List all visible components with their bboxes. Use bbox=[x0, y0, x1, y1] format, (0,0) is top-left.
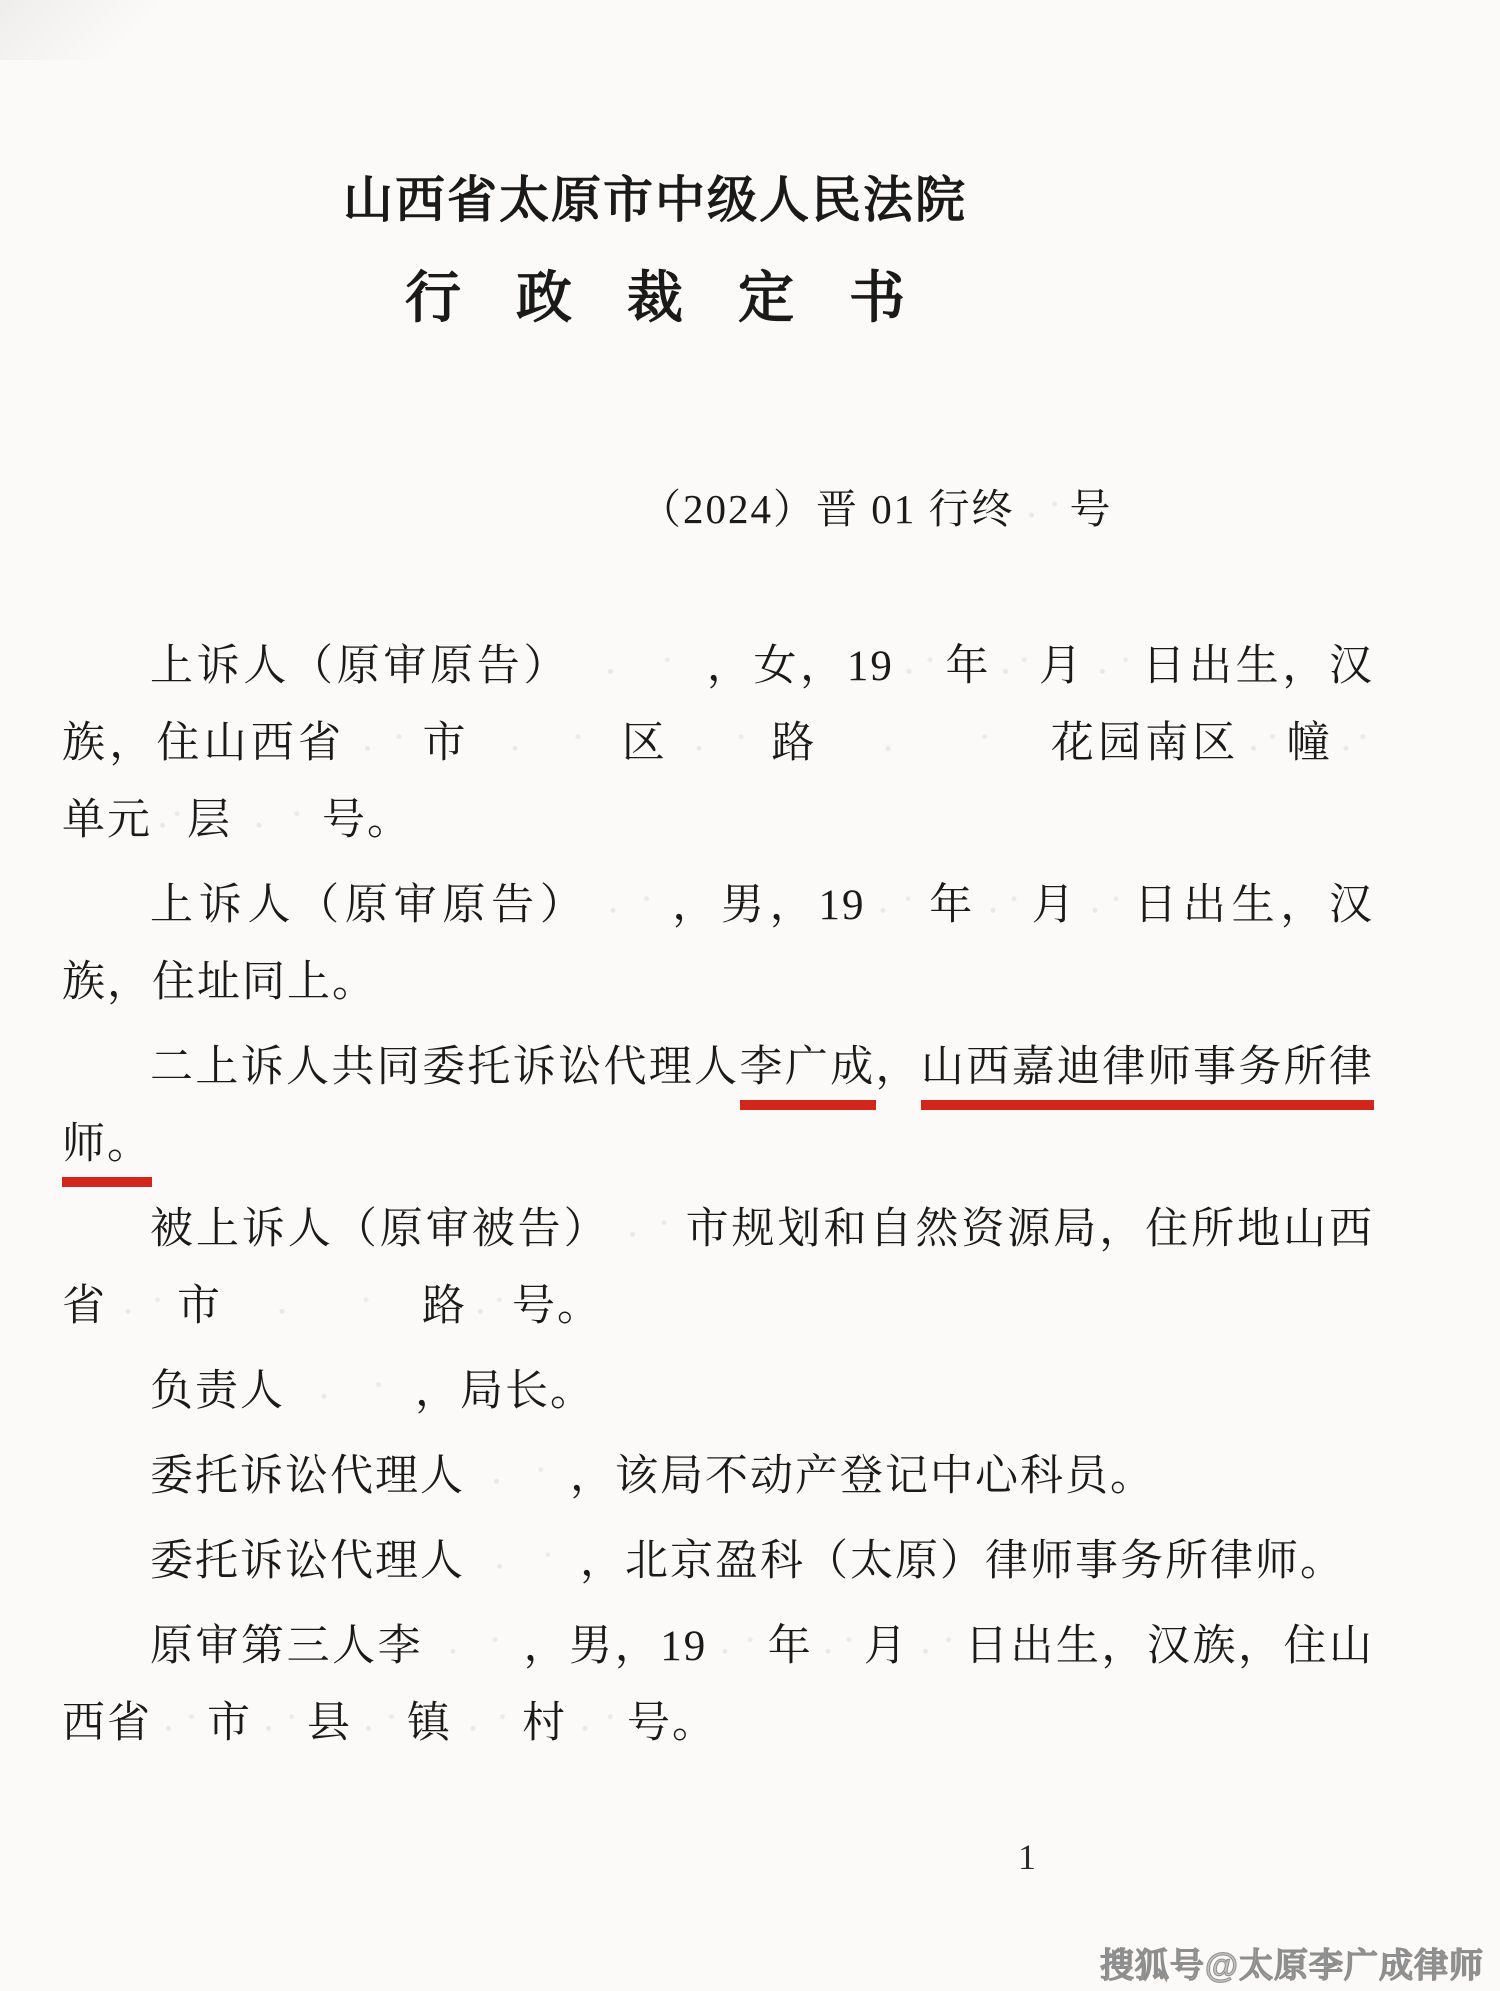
paragraph-appellee-agent-staff: 委托诉讼代理人，该局不动产登记中心科员。 bbox=[62, 1438, 1374, 1515]
redacted-text bbox=[252, 1703, 307, 1742]
redacted-text bbox=[978, 885, 1028, 924]
redacted-text bbox=[567, 1703, 627, 1742]
text-run: 市 bbox=[420, 720, 469, 767]
redacted-text bbox=[222, 1286, 422, 1325]
redacted-text bbox=[707, 1626, 767, 1665]
text-run: 上诉人（原审原告） bbox=[150, 882, 589, 929]
redacted-text bbox=[1086, 646, 1141, 685]
text-run: 月 bbox=[1028, 882, 1080, 929]
redacted-text bbox=[465, 1456, 570, 1495]
paragraphs: 上诉人（原审原告），女，19年月日出生，汉族，住山西省市区路花园南区幢单元层号。… bbox=[62, 628, 1374, 1770]
text-run: 路 bbox=[422, 1283, 467, 1330]
text-run: 市 bbox=[207, 1700, 252, 1747]
redacted-text bbox=[610, 1209, 685, 1248]
paragraph-appellee: 被上诉人（原审被告）市规划和自然资源局，住所地山西省市路号。 bbox=[62, 1191, 1374, 1345]
text-run: 路 bbox=[769, 720, 818, 767]
text-run: 月 bbox=[1037, 643, 1085, 690]
text-run: ，男，19 bbox=[669, 882, 866, 929]
text-run: ， bbox=[876, 1044, 921, 1091]
text-run: ，北京盈科（太原）律师事务所律师。 bbox=[580, 1538, 1345, 1585]
text-run: ，女，19 bbox=[705, 643, 894, 690]
redacted-text bbox=[423, 1626, 523, 1665]
text-run: 村 bbox=[522, 1700, 567, 1747]
redacted-text bbox=[452, 1703, 522, 1742]
red-underlined-text: 李广成 bbox=[740, 1044, 876, 1110]
redacted-case-digit bbox=[1015, 491, 1070, 528]
redacted-text bbox=[1240, 723, 1285, 762]
text-run: 号。 bbox=[512, 1283, 602, 1330]
redacted-text bbox=[669, 723, 769, 762]
redacted-text bbox=[865, 885, 925, 924]
redacted-text bbox=[470, 723, 620, 762]
redacted-text bbox=[992, 646, 1037, 685]
text-run: 原审第三人李 bbox=[150, 1623, 423, 1670]
paragraph-appellee-director: 负责人，局长。 bbox=[62, 1353, 1374, 1430]
redacted-text bbox=[570, 646, 705, 685]
redacted-text bbox=[1334, 723, 1374, 762]
redacted-text bbox=[465, 1541, 580, 1580]
redacted-text bbox=[352, 1703, 407, 1742]
text-run: 县 bbox=[307, 1700, 352, 1747]
text-run: 层 bbox=[187, 797, 232, 844]
text-run: 二上诉人共同委托诉讼代理人 bbox=[150, 1044, 740, 1091]
text-run: 年 bbox=[767, 1623, 813, 1670]
redacted-text bbox=[152, 1703, 207, 1742]
text-run: ，局长。 bbox=[415, 1368, 595, 1415]
paragraph-appellant-1: 上诉人（原审原告），女，19年月日出生，汉族，住山西省市区路花园南区幢单元层号。 bbox=[62, 628, 1374, 859]
redacted-text bbox=[152, 800, 187, 839]
redacted-text bbox=[819, 723, 1049, 762]
text-run: 委托诉讼代理人 bbox=[150, 1453, 465, 1500]
text-run: 花园南区 bbox=[1049, 720, 1240, 767]
paragraph-appellee-agent-lawyer: 委托诉讼代理人，北京盈科（太原）律师事务所律师。 bbox=[62, 1523, 1374, 1600]
redacted-text bbox=[589, 885, 669, 924]
redacted-text bbox=[909, 1626, 964, 1665]
text-run: 上诉人（原审原告） bbox=[150, 643, 570, 690]
scan-artifact bbox=[0, 0, 180, 60]
redacted-text bbox=[232, 800, 322, 839]
text-run: 年 bbox=[925, 882, 977, 929]
text-run: 号。 bbox=[627, 1700, 717, 1747]
watermark: 搜狐号@太原李广成律师 bbox=[1100, 1938, 1484, 1987]
redacted-text bbox=[467, 1286, 512, 1325]
text-run: 区 bbox=[620, 720, 669, 767]
page-number: 1 bbox=[1018, 1836, 1036, 1878]
text-run: 镇 bbox=[407, 1700, 452, 1747]
text-run: 单元 bbox=[62, 797, 152, 844]
text-run: 年 bbox=[944, 643, 992, 690]
case-number: （2024）晋 01 行终号 bbox=[640, 476, 1113, 535]
redacted-text bbox=[1080, 885, 1130, 924]
paragraph-appellant-2: 上诉人（原审原告），男，19年月日出生，汉族，住址同上。 bbox=[62, 867, 1374, 1021]
redacted-text bbox=[345, 723, 420, 762]
text-run: 月 bbox=[863, 1623, 909, 1670]
text-run: 号。 bbox=[322, 797, 412, 844]
case-number-suffix: 号 bbox=[1070, 486, 1113, 532]
text-run: ，该局不动产登记中心科员。 bbox=[570, 1453, 1155, 1500]
redacted-text bbox=[894, 646, 944, 685]
document-type-title: 行政裁定书 bbox=[0, 254, 1310, 334]
redacted-text bbox=[813, 1626, 863, 1665]
paragraph-third-party: 原审第三人李，男，19年月日出生，汉族，住山西省市县镇村号。 bbox=[62, 1608, 1374, 1762]
text-run: 被上诉人（原审被告） bbox=[150, 1206, 610, 1253]
text-run: 委托诉讼代理人 bbox=[150, 1538, 465, 1585]
redacted-text bbox=[285, 1371, 415, 1410]
case-number-prefix: （2024）晋 01 行终 bbox=[640, 486, 1015, 532]
redacted-text bbox=[107, 1286, 177, 1325]
text-run: 幢 bbox=[1285, 720, 1334, 767]
text-run: ，男，19 bbox=[523, 1623, 707, 1670]
text-run: 市 bbox=[177, 1283, 222, 1330]
court-title: 山西省太原市中级人民法院 bbox=[0, 160, 1310, 232]
text-run: 负责人 bbox=[150, 1368, 285, 1415]
paragraph-appellants-agent: 二上诉人共同委托诉讼代理人李广成，山西嘉迪律师事务所律师。 bbox=[62, 1029, 1374, 1183]
